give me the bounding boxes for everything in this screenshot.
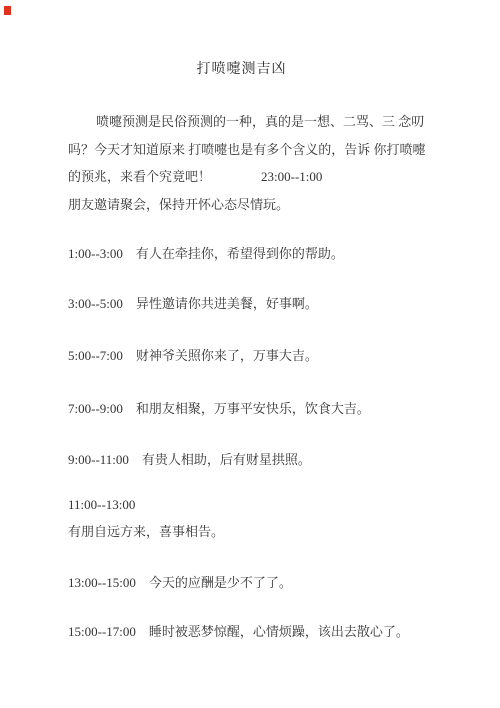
- entry-time: 7:00--9:00: [68, 401, 123, 416]
- entry-time: 5:00--7:00: [68, 348, 123, 363]
- intro-line-1: 喷嚏预测是民俗预测的一种，真的是一想、二骂、三 念叨: [68, 108, 415, 136]
- time-entry: 7:00--9:00和朋友相聚，万事平安快乐，饮食大吉。: [68, 395, 415, 423]
- entry-time: 1:00--3:00: [68, 246, 123, 261]
- time-entry: 13:00--15:00今天的应酬是少不了了。: [68, 569, 415, 597]
- entry-time: 23:00--1:00: [261, 169, 322, 184]
- intro-text: 吗？今天才知道原来 打喷嚏也是有多个含义的，告诉 你打喷嚏: [68, 142, 426, 157]
- intro-line-2: 吗？今天才知道原来 打喷嚏也是有多个含义的，告诉 你打喷嚏: [68, 136, 415, 164]
- time-entry: 15:00--17:00睡时被恶梦惊醒，心情烦躁，该出去散心了。: [68, 618, 415, 646]
- time-entry: 1:00--3:00有人在牵挂你，希望得到你的帮助。: [68, 240, 415, 268]
- entry-time: 13:00--15:00: [68, 575, 136, 590]
- entry-time: 11:00--13:00: [68, 491, 415, 519]
- entry-text: 朋友邀请聚会，保持开怀心态尽情玩。: [68, 197, 289, 212]
- entry-time: 3:00--5:00: [68, 296, 123, 311]
- entry-text: 睡时被恶梦惊醒，心情烦躁，该出去散心了。: [149, 624, 409, 639]
- intro-text: 喷嚏预测是民俗预测的一种，真的是一想、二骂、三 念叨: [96, 114, 424, 129]
- document-page: 打喷嚏测吉凶 喷嚏预测是民俗预测的一种，真的是一想、二骂、三 念叨 吗？今天才知…: [0, 0, 500, 708]
- entry-time: 9:00--11:00: [68, 452, 129, 467]
- entry-text: 有贵人相助，后有财星拱照。: [142, 452, 311, 467]
- intro-text: 的预兆，来看个究竟吧！: [68, 169, 211, 184]
- entry-text: 有朋自远方来，喜事相告。: [68, 518, 415, 546]
- document-title: 打喷嚏测吉凶: [68, 60, 415, 80]
- entry-text: 财神爷关照你来了，万事大吉。: [136, 348, 318, 363]
- entry-text: 有人在牵挂你，希望得到你的帮助。: [136, 246, 344, 261]
- entry-text: 异性邀请你共进美餐，好事啊。: [136, 296, 318, 311]
- time-entry: 9:00--11:00有贵人相助，后有财星拱照。: [68, 446, 415, 474]
- time-entry: 5:00--7:00财神爷关照你来了，万事大吉。: [68, 342, 415, 370]
- entry-time: 15:00--17:00: [68, 624, 136, 639]
- time-entry: 11:00--13:00有朋自远方来，喜事相告。: [68, 491, 415, 546]
- intro-paragraph: 喷嚏预测是民俗预测的一种，真的是一想、二骂、三 念叨 吗？今天才知道原来 打喷嚏…: [68, 108, 415, 218]
- entry-text: 今天的应酬是少不了了。: [149, 575, 292, 590]
- intro-line-3: 的预兆，来看个究竟吧！23:00--1:00: [68, 163, 415, 191]
- entry-text: 和朋友相聚，万事平安快乐，饮食大吉。: [136, 401, 370, 416]
- intro-line-4: 朋友邀请聚会，保持开怀心态尽情玩。: [68, 191, 415, 219]
- red-marker: [4, 6, 11, 15]
- time-entry: 3:00--5:00异性邀请你共进美餐，好事啊。: [68, 290, 415, 318]
